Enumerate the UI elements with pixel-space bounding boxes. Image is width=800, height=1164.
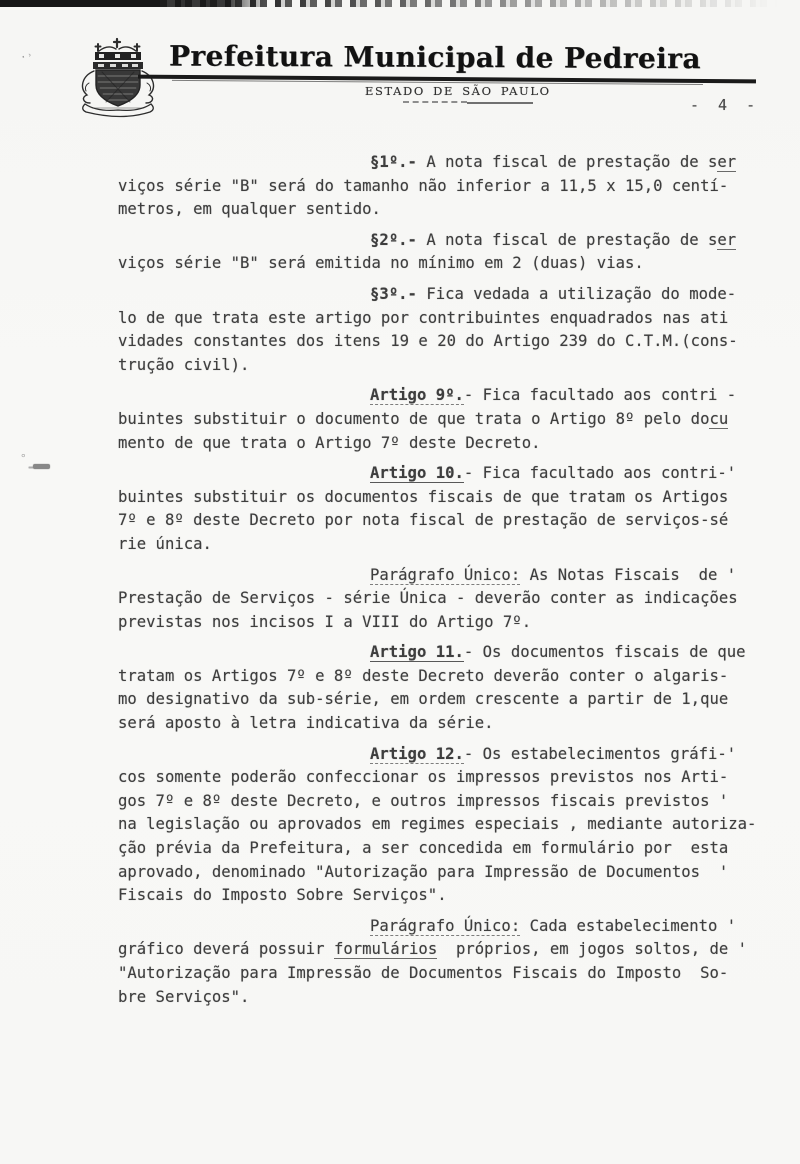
text-fragment: rie única. [118, 535, 212, 553]
paragraph-heading: Artigo 9º. [370, 386, 464, 405]
text-line: rie única. [118, 533, 778, 557]
text-fragment: Prestação de Serviços - série Única - de… [118, 589, 738, 607]
text-fragment: - Os estabelecimentos gráfi-' [464, 745, 736, 763]
paragraph-heading: Parágrafo Único: [370, 566, 520, 585]
text-fragment: gos 7º e 8º deste Decreto, e outros impr… [118, 792, 728, 810]
text-fragment: gráfico deverá possuir [118, 940, 334, 958]
body-paragraph: Artigo 12.- Os estabelecimentos gráfi-'c… [118, 743, 778, 908]
text-fragment: aprovado, denominado "Autorização para I… [118, 863, 728, 881]
text-fragment: mo designativo da sub-série, em ordem cr… [118, 690, 728, 708]
text-line: vidades constantes dos itens 19 e 20 do … [118, 330, 778, 354]
text-fragment: previstas nos incisos I a VIII do Artigo… [118, 613, 531, 631]
scan-speck-mid-left: ° [20, 452, 27, 465]
body-paragraph: §3º.- Fica vedada a utilização do mode-l… [118, 283, 778, 377]
text-fragment: Fiscais do Imposto Sobre Serviços". [118, 886, 447, 904]
text-line: Prestação de Serviços - série Única - de… [118, 587, 778, 611]
text-fragment: tratam os Artigos 7º e 8º deste Decreto … [118, 667, 728, 685]
text-fragment: - Fica facultado aos contri-' [464, 464, 736, 482]
text-fragment: er [717, 231, 736, 250]
text-fragment: vidades constantes dos itens 19 e 20 do … [118, 332, 738, 350]
text-fragment: - Os documentos fiscais de que [464, 643, 746, 661]
text-fragment: trução civil). [118, 356, 249, 374]
text-line: 7º e 8º deste Decreto por nota fiscal de… [118, 509, 778, 533]
text-line: Parágrafo Único: As Notas Fiscais de ' [118, 564, 778, 588]
scan-speck-top-left: ·˒ [19, 49, 35, 64]
text-fragment: lo de que trata este artigo por contribu… [118, 309, 728, 327]
body-paragraph: Artigo 10.- Fica facultado aos contri-'b… [118, 462, 778, 556]
text-fragment: "Autorização para Impressão de Documento… [118, 964, 728, 982]
text-fragment: Cada estabelecimento ' [520, 917, 736, 935]
text-line: mento de que trata o Artigo 7º deste Dec… [118, 432, 778, 456]
text-fragment: A nota fiscal de prestação de s [417, 231, 717, 249]
text-fragment: 7º e 8º deste Decreto por nota fiscal de… [118, 511, 728, 529]
text-line: Artigo 12.- Os estabelecimentos gráfi-' [118, 743, 778, 767]
municipal-coat-of-arms-logo [72, 36, 164, 122]
text-line: cos somente poderão confeccionar os impr… [118, 766, 778, 790]
text-fragment: mento de que trata o Artigo 7º deste Dec… [118, 434, 540, 452]
text-fragment: bre Serviços". [118, 988, 249, 1006]
body-paragraph: Artigo 9º.- Fica facultado aos contri -b… [118, 384, 778, 455]
text-line: ção prévia da Prefeitura, a ser concedid… [118, 837, 778, 861]
text-fragment: ção prévia da Prefeitura, a ser concedid… [118, 839, 728, 857]
text-line: Artigo 10.- Fica facultado aos contri-' [118, 462, 778, 486]
text-fragment: cos somente poderão confeccionar os impr… [118, 768, 728, 786]
scan-artifact-top-band [0, 0, 778, 7]
paragraph-heading: Artigo 11. [370, 643, 464, 662]
text-line: metros, em qualquer sentido. [118, 198, 778, 222]
text-fragment: cu [709, 410, 728, 429]
subtitle-underline-dashed [403, 101, 467, 103]
paragraph-heading: Artigo 10. [370, 464, 464, 483]
text-line: aprovado, denominado "Autorização para I… [118, 861, 778, 885]
text-line: Artigo 9º.- Fica facultado aos contri - [118, 384, 778, 408]
page-number: - 4 - [690, 96, 760, 114]
scan-smudge-mid-left [33, 464, 50, 469]
text-line: na legislação ou aprovados em regimes es… [118, 813, 778, 837]
subtitle-underline-solid [467, 102, 533, 104]
paragraph-heading: Artigo 12. [370, 745, 464, 764]
paragraph-heading: Parágrafo Único: [370, 917, 520, 936]
text-fragment: viços série "B" será emitida no mínimo e… [118, 254, 644, 272]
text-fragment: na legislação ou aprovados em regimes es… [118, 815, 756, 833]
document-body: §1º.- A nota fiscal de prestação de serv… [118, 151, 778, 1009]
text-line: previstas nos incisos I a VIII do Artigo… [118, 611, 778, 635]
text-fragment: metros, em qualquer sentido. [118, 200, 381, 218]
text-line: mo designativo da sub-série, em ordem cr… [118, 688, 778, 712]
text-line: viços série "B" será do tamanho não infe… [118, 175, 778, 199]
text-line: "Autorização para Impressão de Documento… [118, 962, 778, 986]
text-fragment: A nota fiscal de prestação de s [417, 153, 717, 171]
paragraph-heading: §1º.- [370, 153, 417, 171]
text-fragment: será aposto à letra indicativa da série. [118, 714, 494, 732]
text-fragment: As Notas Fiscais de ' [520, 566, 736, 584]
scanned-document-page: Prefeitura Municipal de Pedreira ESTADO … [0, 0, 800, 1164]
text-line: gráfico deverá possuir formulários própr… [118, 938, 778, 962]
text-fragment: buintes substituir os documentos fiscais… [118, 488, 728, 506]
page-title: Prefeitura Municipal de Pedreira [169, 39, 759, 75]
body-paragraph: §2º.- A nota fiscal de prestação de serv… [118, 229, 778, 276]
body-paragraph: §1º.- A nota fiscal de prestação de serv… [118, 151, 778, 222]
text-fragment: formulários [334, 940, 437, 959]
paragraph-heading: §3º.- [370, 285, 417, 303]
text-line: viços série "B" será emitida no mínimo e… [118, 252, 778, 276]
text-line: gos 7º e 8º deste Decreto, e outros impr… [118, 790, 778, 814]
text-line: tratam os Artigos 7º e 8º deste Decreto … [118, 665, 778, 689]
body-paragraph: Parágrafo Único: Cada estabelecimento 'g… [118, 915, 778, 1009]
text-fragment: Fica vedada a utilização do mode- [417, 285, 736, 303]
paragraph-heading: §2º.- [370, 231, 417, 249]
text-line: trução civil). [118, 354, 778, 378]
body-paragraph: Artigo 11.- Os documentos fiscais de que… [118, 641, 778, 735]
text-line: Parágrafo Único: Cada estabelecimento ' [118, 915, 778, 939]
text-line: §2º.- A nota fiscal de prestação de ser [118, 229, 778, 253]
text-fragment: er [717, 153, 736, 172]
text-fragment: - Fica facultado aos contri - [464, 386, 736, 404]
text-line: §1º.- A nota fiscal de prestação de ser [118, 151, 778, 175]
page-subtitle: ESTADO DE SÃO PAULO [365, 84, 525, 98]
text-line: buintes substituir os documentos fiscais… [118, 486, 778, 510]
text-fragment: buintes substituir o documento de que tr… [118, 410, 709, 428]
text-line: Artigo 11.- Os documentos fiscais de que [118, 641, 778, 665]
text-fragment: próprios, em jogos soltos, de ' [437, 940, 747, 958]
title-underline-rule [138, 75, 756, 83]
text-line: buintes substituir o documento de que tr… [118, 408, 778, 432]
text-line: Fiscais do Imposto Sobre Serviços". [118, 884, 778, 908]
text-fragment: viços série "B" será do tamanho não infe… [118, 177, 728, 195]
text-line: lo de que trata este artigo por contribu… [118, 307, 778, 331]
text-line: §3º.- Fica vedada a utilização do mode- [118, 283, 778, 307]
text-line: será aposto à letra indicativa da série. [118, 712, 778, 736]
text-line: bre Serviços". [118, 986, 778, 1010]
body-paragraph: Parágrafo Único: As Notas Fiscais de 'Pr… [118, 564, 778, 635]
